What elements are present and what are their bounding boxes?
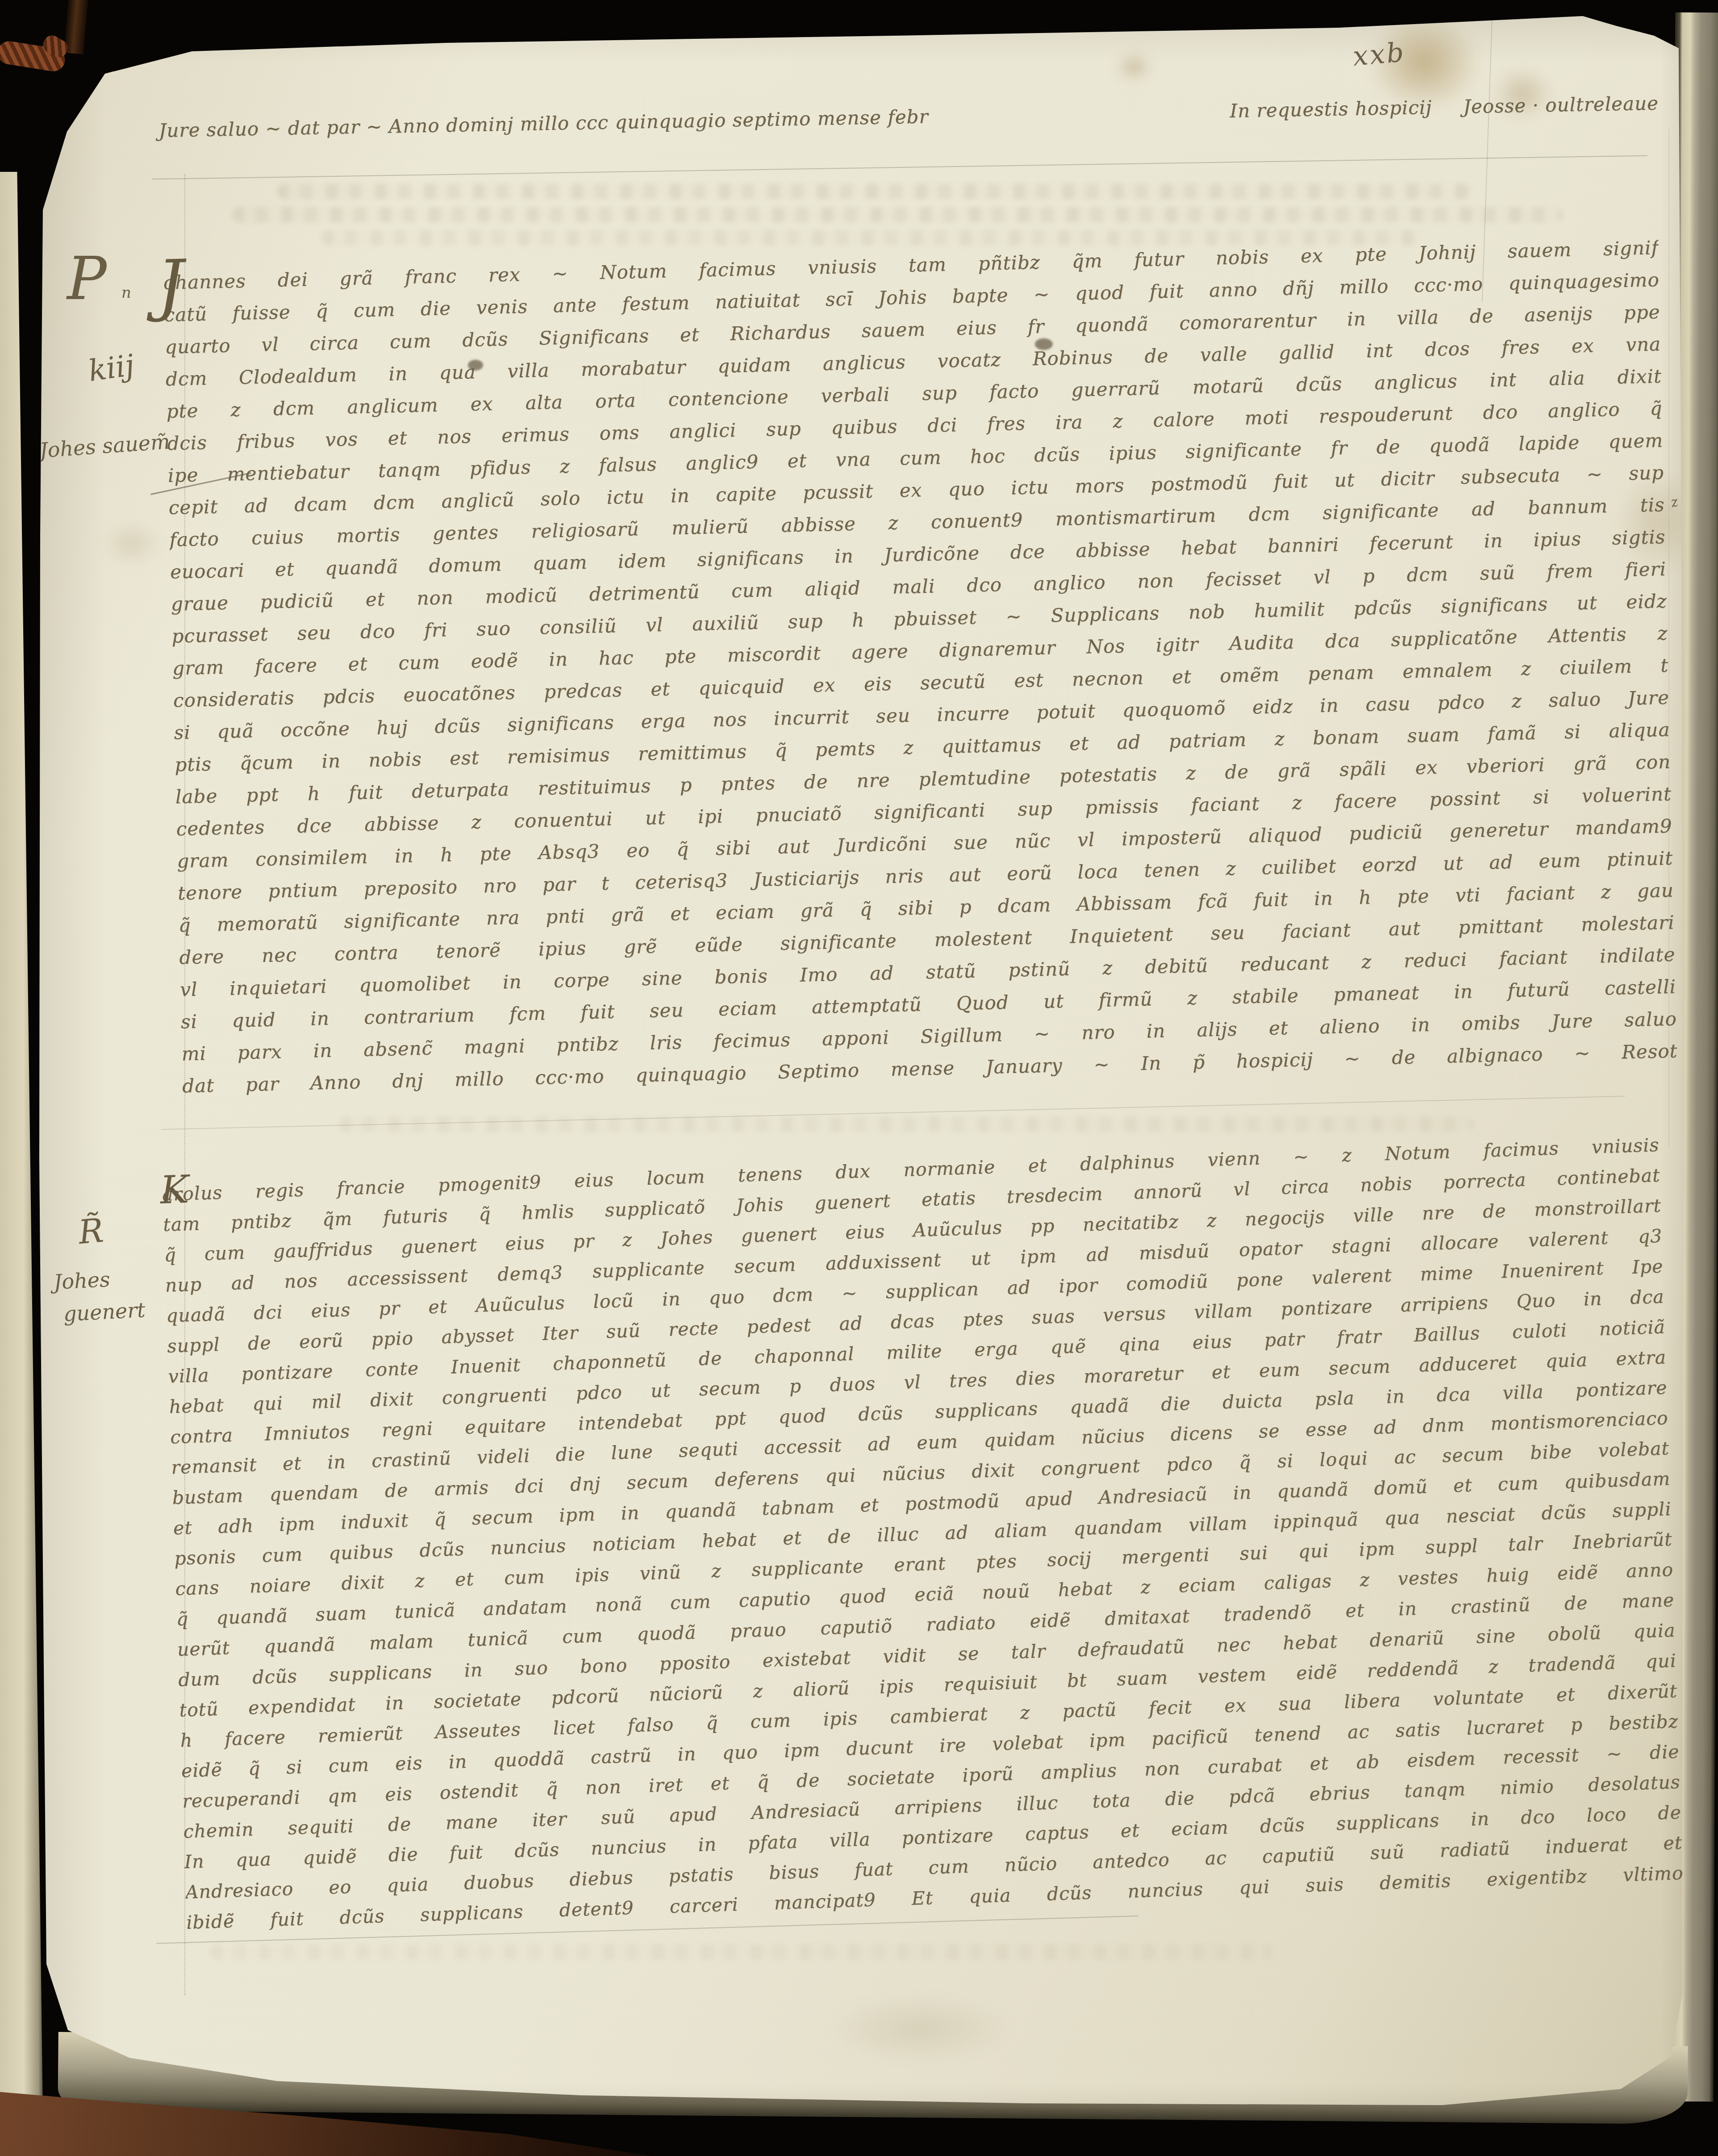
header-office-note: In requestis hospicij <box>1230 96 1432 123</box>
parchment-stain <box>826 1995 1013 2062</box>
header-date-note: Jure saluo ~ dat par ~ Anno dominj millo… <box>158 105 929 142</box>
margin-paraph-mark: P <box>67 245 107 313</box>
ink-blot <box>1035 338 1053 350</box>
header-spacer <box>929 117 1230 123</box>
parchment-stain <box>1116 53 1152 81</box>
manuscript-photo: xxb Jure saluo ~ dat par ~ Anno dominj m… <box>0 0 1718 2156</box>
bleedthrough-ghost <box>277 184 1473 199</box>
parchment-page: xxb Jure saluo ~ dat par ~ Anno dominj m… <box>0 0 1718 2156</box>
parchment-stain <box>103 522 161 565</box>
bleedthrough-ghost <box>232 207 1563 222</box>
ink-blot <box>468 360 483 370</box>
entry-1-initial: J <box>156 251 185 319</box>
margin-entry2-mark: R̃ <box>77 1211 105 1252</box>
header-gap <box>1432 113 1463 113</box>
header-clerk-note: Jeosse · oultreleaue <box>1463 92 1659 118</box>
margin-entry2-name-line1: Johes <box>53 1267 111 1294</box>
entry-2-initial: K <box>159 1170 189 1210</box>
folio-number: xxb <box>1352 39 1407 70</box>
previous-page-edge <box>0 172 43 2131</box>
register-header: Jure saluo ~ dat par ~ Anno dominj millo… <box>158 92 1659 142</box>
margin-entry2-name-line2: guenert <box>63 1298 146 1326</box>
entry-1-text-block: J ohannes dei grã franc rex ~ Notum faci… <box>163 232 1678 1102</box>
entry-2-text-block: K arolus regis francie pmogenit9 eius lo… <box>162 1130 1684 1938</box>
entry-divider-rule <box>161 1096 1625 1130</box>
margin-entry1-name: Johes sauem̃ <box>38 429 171 462</box>
bleedthrough-ghost <box>339 1117 1473 1132</box>
header-rule <box>152 155 1647 180</box>
bleedthrough-ghost <box>210 1944 1272 1960</box>
margin-quire-mark: kiij <box>86 348 136 388</box>
margin-paraph-small: n <box>121 284 131 302</box>
